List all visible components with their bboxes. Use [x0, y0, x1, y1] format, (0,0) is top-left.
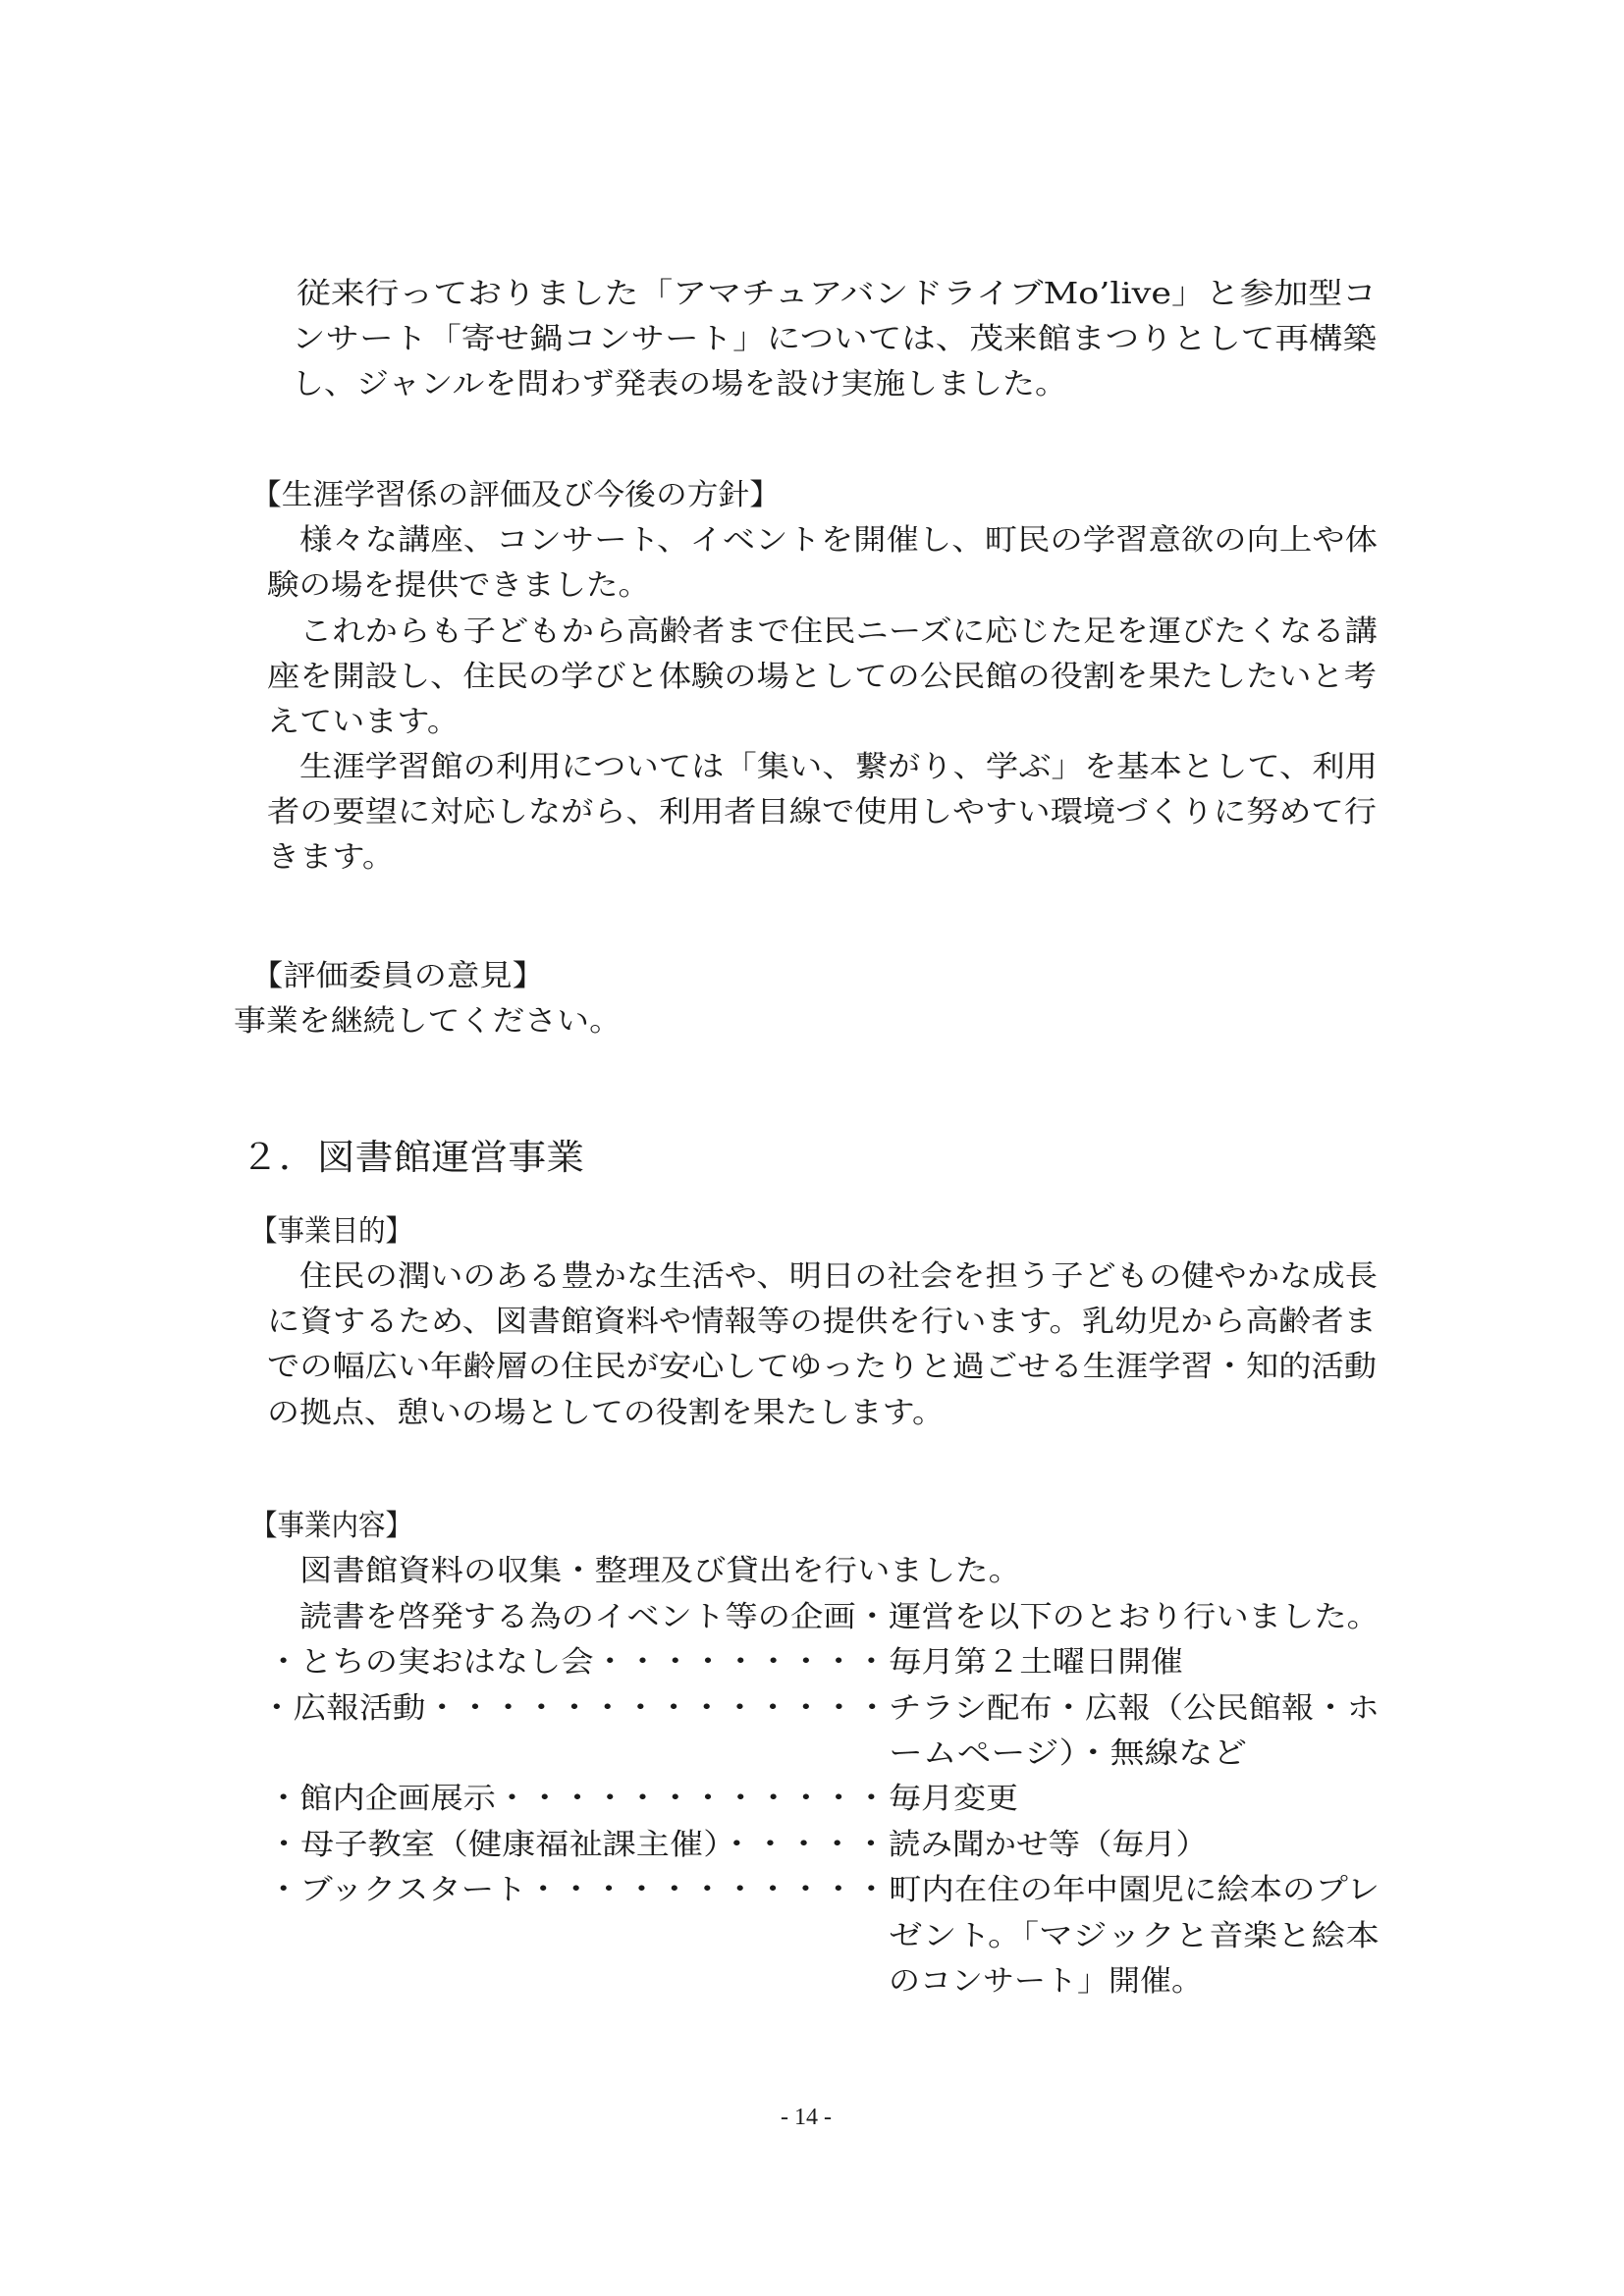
- evaluation-p2-line-1: これからも子どもから高齢者まで住民ニーズに応じた足を運びたくなる講: [299, 613, 1271, 652]
- purpose-line-4: の拠点、憩いの場としての役割を果たします。: [267, 1394, 884, 1433]
- list-item-label: ・とちの実おはなし会・・・・・・・・・: [267, 1643, 827, 1682]
- list-item-label: ・館内企画展示・・・・・・・・・・・・: [267, 1780, 827, 1819]
- intro-line-3: し、ジャンルを問わず発表の場を設け実施しました。: [292, 365, 998, 404]
- evaluation-p3-line-1: 生涯学習館の利用については「集い、繋がり、学ぶ」を基本として、利用: [299, 748, 1271, 787]
- purpose-line-1: 住民の潤いのある豊かな生活や、明日の社会を担う子どもの健やかな成長: [299, 1257, 1271, 1297]
- evaluation-p3-line-2: 者の要望に対応しながら、利用者目線で使用しやすい環境づくりに努めて行: [267, 793, 1269, 832]
- list-item-detail: ゼント。「マジックと音楽と絵本: [889, 1917, 1313, 1956]
- evaluation-p2-line-3: えています。: [267, 703, 442, 742]
- list-item-detail: チラシ配布・広報（公民館報・ホ: [889, 1689, 1330, 1729]
- list-item-label: ・ブックスタート・・・・・・・・・・・: [267, 1871, 825, 1910]
- purpose-line-3: での幅広い年齢層の住民が安心してゆったりと過ごせる生涯学習・知的活動: [267, 1348, 1269, 1387]
- page-number: - 14 -: [781, 2103, 832, 2132]
- list-item-detail: 毎月第２土曜日開催: [889, 1643, 1154, 1682]
- evaluation-p2-line-2: 座を開設し、住民の学びと体験の場としての公民館の役割を果たしたいと考: [267, 658, 1269, 697]
- list-item-detail: 毎月変更: [889, 1780, 1006, 1819]
- section-title-library: ２．図書館運営事業: [241, 1137, 559, 1180]
- purpose-line-2: に資するため、図書館資料や情報等の提供を行います。乳幼児から高齢者ま: [267, 1303, 1265, 1342]
- evaluation-heading: 【生涯学習係の評価及び今後の方針】: [250, 476, 751, 515]
- content-heading: 【事業内容】: [250, 1507, 427, 1546]
- list-item-detail: 読み聞かせ等（毎月）: [889, 1826, 1183, 1865]
- list-item-detail: ームページ）・無線など: [889, 1735, 1197, 1774]
- list-item-label: ・母子教室（健康福祉課主催）・・・・・: [267, 1826, 812, 1865]
- list-item-detail: 町内在住の年中園児に絵本のプレ: [889, 1871, 1329, 1910]
- evaluation-p1-line-2: 験の場を提供できました。: [267, 566, 621, 606]
- purpose-heading: 【事業目的】: [250, 1212, 427, 1252]
- evaluation-p1-line-1: 様々な講座、コンサート、イベントを開催し、町民の学習意欲の向上や体: [299, 521, 1269, 561]
- list-item-label: ・広報活動・・・・・・・・・・・・・・: [260, 1689, 820, 1729]
- intro-line-2: ンサート「寄せ鍋コンサート」については、茂来館まつりとして再構築: [292, 320, 1233, 359]
- content-line-2: 読書を啓発する為のイベント等の企画・運営を以下のとおり行いました。: [299, 1598, 1272, 1637]
- evaluation-p3-line-3: きます。: [267, 838, 383, 878]
- list-item-detail: のコンサート」開催。: [889, 1962, 1183, 2002]
- committee-text: 事業を継続してください。: [234, 1002, 587, 1041]
- intro-line-1: 従来行っておりました「アマチュアバンドライブMo’live」と参加型コ: [297, 275, 1226, 314]
- committee-heading: 【評価委員の意見】: [250, 957, 515, 996]
- content-line-1: 図書館資料の収集・整理及び貸出を行いました。: [299, 1552, 947, 1591]
